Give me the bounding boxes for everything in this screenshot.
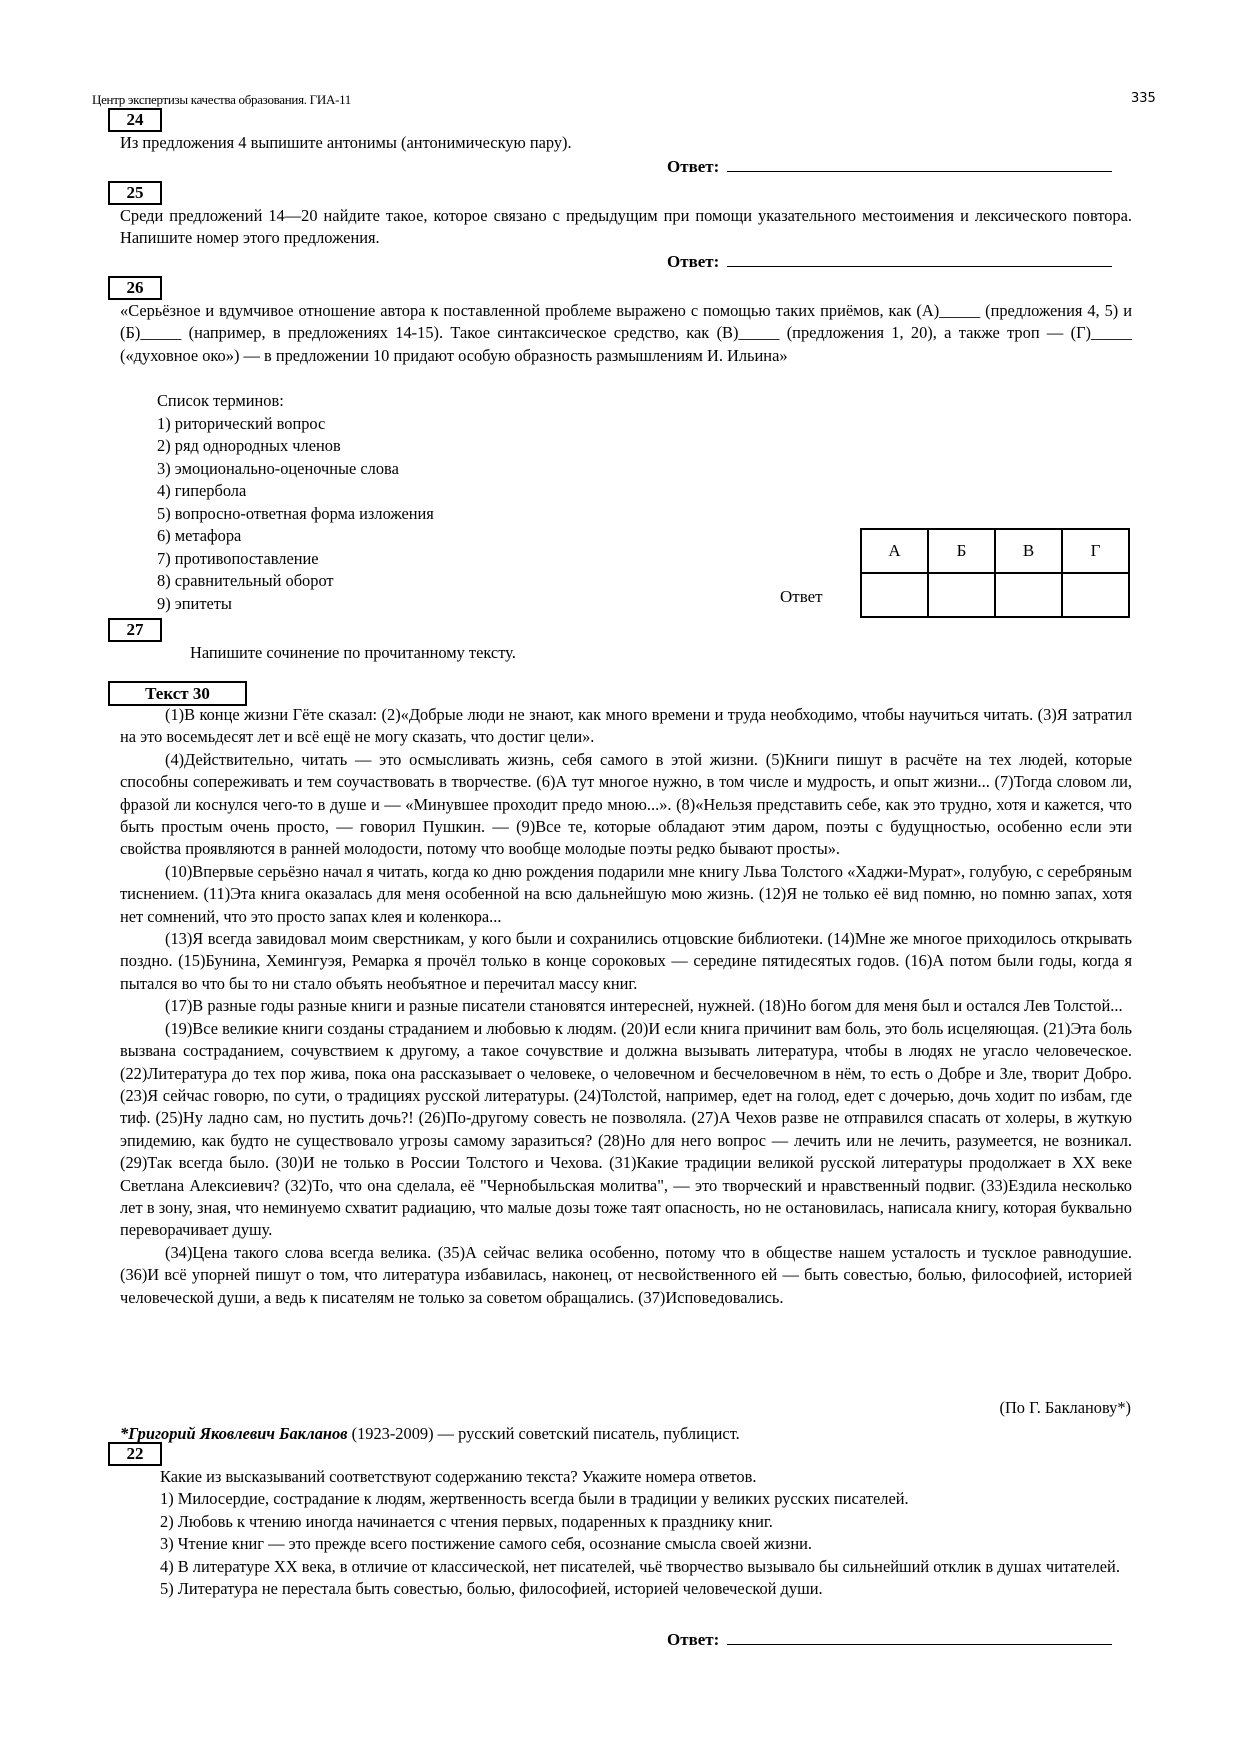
text-source: (По Г. Бакланову*)	[999, 1398, 1131, 1418]
term-item: 3) эмоционально-оценочные слова	[157, 458, 434, 481]
answer-cell-g[interactable]	[1062, 573, 1129, 617]
text-paragraph: (4)Действительно, читать — это осмыслива…	[120, 749, 1132, 861]
task-26-text: «Серьёзное и вдумчивое отношение автора …	[120, 300, 1132, 367]
term-item: 8) сравнительный оборот	[157, 570, 434, 593]
terms-title: Список терминов:	[157, 390, 434, 413]
task-22-option: 3) Чтение книг — это прежде всего постиж…	[120, 1533, 1132, 1555]
answer-col-header: В	[995, 529, 1062, 573]
task-number-22: 22	[108, 1442, 162, 1466]
term-item: 6) метафора	[157, 525, 434, 548]
answer-input-line[interactable]	[727, 250, 1112, 267]
answer-col-header: А	[861, 529, 928, 573]
task-22-answer[interactable]: Ответ:	[667, 1628, 1112, 1650]
answer-cell-b[interactable]	[928, 573, 995, 617]
task-number-24: 24	[108, 108, 162, 132]
answer-cell-v[interactable]	[995, 573, 1062, 617]
text-paragraph: (1)В конце жизни Гёте сказал: (2)«Добрые…	[120, 704, 1132, 749]
term-item: 4) гипербола	[157, 480, 434, 503]
text-paragraph: (19)Все великие книги созданы страданием…	[120, 1018, 1132, 1242]
term-item: 7) противопоставление	[157, 548, 434, 571]
task-22-option: 4) В литературе XX века, в отличие от кл…	[120, 1556, 1132, 1578]
answer-table: А Б В Г	[860, 528, 1130, 618]
task-25-answer[interactable]: Ответ:	[667, 250, 1112, 272]
text-paragraph: (10)Впервые серьёзно начал я читать, ког…	[120, 861, 1132, 928]
text-title: Текст 30	[108, 681, 247, 706]
answer-col-header: Г	[1062, 529, 1129, 573]
answer-input-line[interactable]	[727, 1628, 1112, 1645]
author-info: (1923-2009) — русский советский писатель…	[348, 1424, 740, 1443]
term-item: 1) риторический вопрос	[157, 413, 434, 436]
text-body: (1)В конце жизни Гёте сказал: (2)«Добрые…	[120, 704, 1132, 1309]
task-27-text: Напишите сочинение по прочитанному текст…	[190, 642, 516, 664]
text-paragraph: (17)В разные годы разные книги и разные …	[120, 995, 1132, 1017]
answer-input-line[interactable]	[727, 155, 1112, 172]
answer-table-label: Ответ	[780, 587, 823, 607]
term-item: 5) вопросно-ответная форма изложения	[157, 503, 434, 526]
task-22-option: 2) Любовь к чтению иногда начинается с ч…	[120, 1511, 1132, 1533]
answer-label: Ответ:	[667, 252, 719, 271]
answer-cell-a[interactable]	[861, 573, 928, 617]
page-number: 335	[1131, 91, 1156, 106]
term-item: 2) ряд однородных членов	[157, 435, 434, 458]
terms-list: Список терминов: 1) риторический вопрос …	[157, 390, 434, 615]
answer-col-header: Б	[928, 529, 995, 573]
answer-label: Ответ:	[667, 1630, 719, 1649]
task-25-text: Среди предложений 14—20 найдите такое, к…	[120, 205, 1132, 250]
term-item: 9) эпитеты	[157, 593, 434, 616]
author-footnote: *Григорий Яковлевич Бакланов (1923-2009)…	[120, 1424, 740, 1444]
task-22-option: 1) Милосердие, сострадание к людям, жерт…	[120, 1488, 1132, 1510]
publisher-header: Центр экспертизы качества образования. Г…	[92, 92, 351, 108]
text-paragraph: (13)Я всегда завидовал моим сверстникам,…	[120, 928, 1132, 995]
author-name: *Григорий Яковлевич Бакланов	[120, 1424, 348, 1443]
task-22-question: Какие из высказываний соответствуют соде…	[120, 1466, 1132, 1488]
task-22-option: 5) Литература не перестала быть совестью…	[120, 1578, 1132, 1600]
task-number-27: 27	[108, 618, 162, 642]
task-24-answer[interactable]: Ответ:	[667, 155, 1112, 177]
task-number-25: 25	[108, 181, 162, 205]
text-paragraph: (34)Цена такого слова всегда велика. (35…	[120, 1242, 1132, 1309]
task-number-26: 26	[108, 276, 162, 300]
task-24-text: Из предложения 4 выпишите антонимы (анто…	[120, 132, 1132, 154]
task-22-block: Какие из высказываний соответствуют соде…	[120, 1466, 1132, 1600]
answer-label: Ответ:	[667, 157, 719, 176]
